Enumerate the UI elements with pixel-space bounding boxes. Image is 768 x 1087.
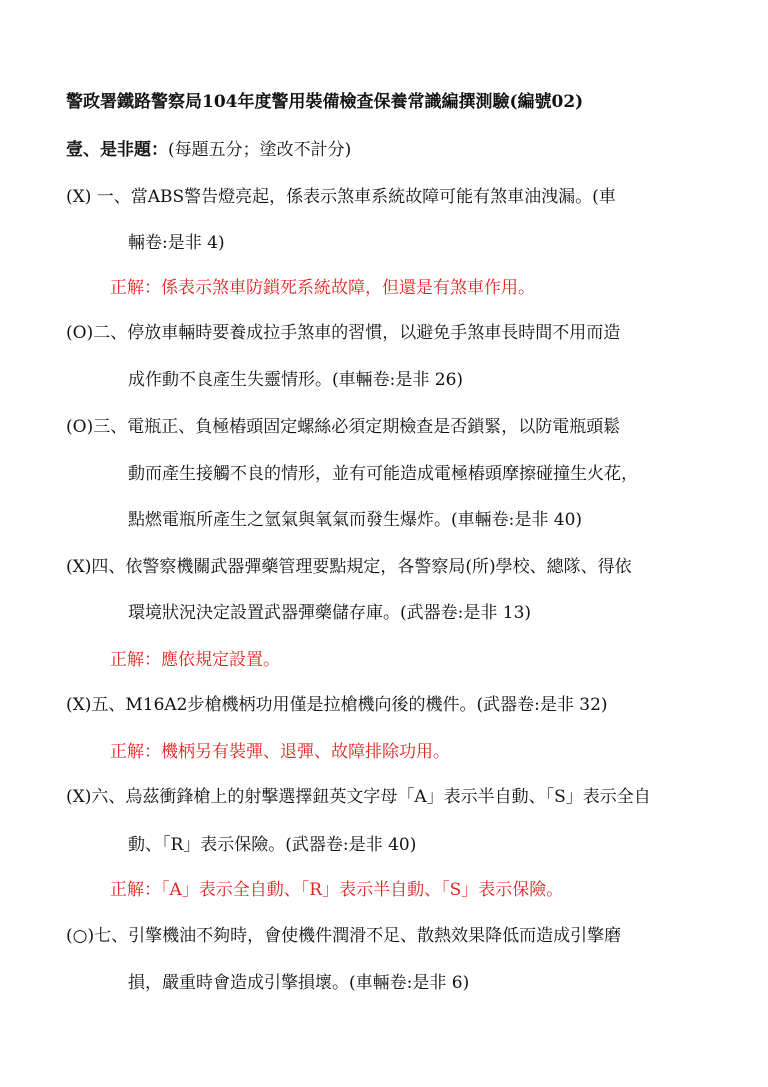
question-text-continued: 動、「R」表示保險。(武器卷:是非 40)	[128, 833, 416, 857]
question-text: (O)二、停放車輛時要養成拉手煞車的習慣，以避免手煞車長時間不用而造	[66, 321, 620, 345]
question-text-continued: 環境狀況決定設置武器彈藥儲存庫。(武器卷:是非 13)	[128, 601, 531, 625]
question-text: (X) 一、當ABS警告燈亮起，係表示煞車系統故障可能有煞車油洩漏。(車	[66, 185, 616, 209]
section-heading: 壹、是非題：(每題五分；塗改不計分)	[66, 138, 351, 162]
question-text: (X)六、烏茲衝鋒槍上的射擊選擇鈕英文字母「A」表示半自動、「S」表示全自	[66, 785, 651, 809]
question-text: (○)七、引擎機油不夠時，會使機件潤滑不足、散熱效果降低而造成引擎磨	[66, 924, 621, 948]
correct-answer: 正解：係表示煞車防鎖死系統故障，但還是有煞車作用。	[110, 276, 535, 300]
question-text-continued: 損，嚴重時會造成引擎損壞。(車輛卷:是非 6)	[128, 971, 469, 995]
section-label: 壹、是非題：	[66, 140, 168, 160]
document-page: 警政署鐵路警察局104年度警用裝備檢查保養常識編撰測驗(編號02) 壹、是非題：…	[0, 0, 768, 1087]
question-text: (X)四、依警察機關武器彈藥管理要點規定，各警察局(所)學校、總隊、得依	[66, 555, 632, 579]
question-text-continued: 點燃電瓶所產生之氫氣與氧氣而發生爆炸。(車輛卷:是非 40)	[128, 508, 582, 532]
correct-answer: 正解：應依規定設置。	[110, 648, 280, 672]
question-text-continued: 成作動不良產生失靈情形。(車輛卷:是非 26)	[128, 368, 463, 392]
question-text: (O)三、電瓶正、負極樁頭固定螺絲必須定期檢查是否鎖緊，以防電瓶頭鬆	[66, 415, 620, 439]
correct-answer: 正解：「A」表示全自動、「R」表示半自動、「S」表示保險。	[110, 878, 563, 902]
question-text: (X)五、M16A2步槍機柄功用僅是拉槍機向後的機件。(武器卷:是非 32)	[66, 693, 608, 717]
question-text-continued: 動而產生接觸不良的情形，並有可能造成電極樁頭摩擦碰撞生火花，	[128, 462, 638, 486]
question-text-continued: 輛卷:是非 4)	[128, 231, 225, 255]
section-note: (每題五分；塗改不計分)	[168, 140, 351, 160]
document-title: 警政署鐵路警察局104年度警用裝備檢查保養常識編撰測驗(編號02)	[66, 90, 583, 114]
correct-answer: 正解：機柄另有裝彈、退彈、故障排除功用。	[110, 740, 450, 764]
